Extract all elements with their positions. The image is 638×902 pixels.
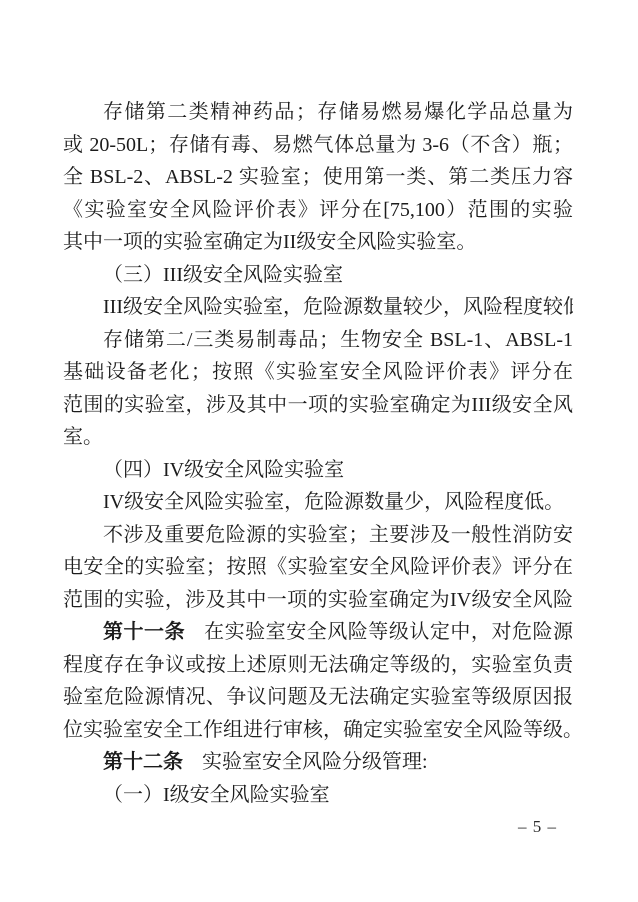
- doc-line-16: 范围的实验，涉及其中一项的实验室确定为IV级安全风险实验室。: [63, 584, 573, 617]
- doc-line-text: 实验室安全风险分级管理:: [202, 751, 428, 773]
- doc-article-11: 第十一条在实验室安全风险等级认定中，对危险源和危险: [63, 616, 573, 649]
- doc-line-5: 其中一项的实验室确定为II级安全风险实验室。: [63, 226, 573, 259]
- doc-line-text: 范围的实验室，涉及其中一项的实验室确定为III级安全风险实验: [63, 394, 573, 422]
- doc-line-1: 存储第二类精神药品；存储易燃易爆化学品总量为 20-50kg: [63, 96, 573, 129]
- doc-line-text: 存储第二类精神药品；存储易燃易爆化学品总量为 20-50kg: [103, 101, 573, 129]
- doc-line-15: 电安全的实验室；按照《实验室安全风险评价表》评分在[0,25）: [63, 551, 573, 584]
- doc-article-12: 第十二条实验室安全风险分级管理:: [63, 746, 573, 779]
- doc-line-18: 程度存在争议或按上述原则无法确定等级的，实验室负责人将实: [63, 649, 573, 682]
- doc-line-9: 基础设备老化；按照《实验室安全风险评价表》评分在[25,75）: [63, 356, 573, 389]
- doc-line-text: 基础设备老化；按照《实验室安全风险评价表》评分在[25,75）: [63, 361, 573, 389]
- doc-line-text: 室。: [63, 426, 103, 448]
- document-body: 存储第二类精神药品；存储易燃易爆化学品总量为 20-50kg 或 20-50L；…: [63, 96, 573, 811]
- doc-line-text: 《实验室安全风险评价表》评分在[75,100）范围的实验室，涉及: [63, 199, 573, 227]
- doc-line-2: 或 20-50L；存储有毒、易燃气体总量为 3-6（不含）瓶；生物安: [63, 129, 573, 162]
- doc-line-text: （三）III级安全风险实验室: [103, 264, 343, 286]
- doc-line-text: III级安全风险实验室，危险源数量较少，风险程度较低。: [103, 296, 573, 318]
- doc-heading-section-4: （四）IV级安全风险实验室: [63, 454, 573, 487]
- doc-line-text: 电安全的实验室；按照《实验室安全风险评价表》评分在[0,25）: [63, 556, 573, 584]
- doc-line-text: 范围的实验，涉及其中一项的实验室确定为IV级安全风险实验室。: [63, 589, 573, 617]
- page-footer: – 5 –: [518, 817, 578, 837]
- doc-line-text: 其中一项的实验室确定为II级安全风险实验室。: [63, 231, 476, 253]
- doc-line-text: 程度存在争议或按上述原则无法确定等级的，实验室负责人将实: [63, 654, 573, 682]
- doc-heading-section-3: （三）III级安全风险实验室: [63, 259, 573, 292]
- doc-line-20: 位实验室安全工作组进行审核，确定实验室安全风险等级。: [63, 714, 573, 747]
- doc-line-7: III级安全风险实验室，危险源数量较少，风险程度较低。: [63, 291, 573, 324]
- scanned-document-page: 存储第二类精神药品；存储易燃易爆化学品总量为 20-50kg 或 20-50L；…: [0, 0, 638, 902]
- doc-line-11: 室。: [63, 421, 573, 454]
- doc-line-text: 全 BSL-2、ABSL-2 实验室；使用第一类、第二类压力容器；按照: [63, 166, 573, 194]
- doc-heading-section-1: （一）I级安全风险实验室: [63, 779, 573, 812]
- doc-line-text: 不涉及重要危险源的实验室；主要涉及一般性消防安全、用: [103, 524, 573, 552]
- doc-line-text: （一）I级安全风险实验室: [103, 784, 330, 806]
- doc-line-text: 位实验室安全工作组进行审核，确定实验室安全风险等级。: [63, 719, 573, 741]
- doc-line-4: 《实验室安全风险评价表》评分在[75,100）范围的实验室，涉及: [63, 194, 573, 227]
- page-number: – 5 –: [518, 817, 557, 836]
- doc-line-10: 范围的实验室，涉及其中一项的实验室确定为III级安全风险实验: [63, 389, 573, 422]
- doc-line-14: 不涉及重要危险源的实验室；主要涉及一般性消防安全、用: [63, 519, 573, 552]
- article-12-number: 第十二条: [103, 751, 183, 773]
- doc-line-text: 验室危险源情况、争议问题及无法确定实验室等级原因报所在单: [63, 686, 573, 714]
- doc-line-8: 存储第二/三类易制毒品；生物安全 BSL-1、ABSL-1 实验室；: [63, 324, 573, 357]
- doc-line-text: 或 20-50L；存储有毒、易燃气体总量为 3-6（不含）瓶；生物安: [63, 134, 573, 162]
- doc-line-text: 存储第二/三类易制毒品；生物安全 BSL-1、ABSL-1 实验室；: [103, 329, 573, 357]
- doc-line-3: 全 BSL-2、ABSL-2 实验室；使用第一类、第二类压力容器；按照: [63, 161, 573, 194]
- doc-line-19: 验室危险源情况、争议问题及无法确定实验室等级原因报所在单: [63, 681, 573, 714]
- article-11-number: 第十一条: [103, 621, 185, 643]
- doc-line-13: IV级安全风险实验室，危险源数量少，风险程度低。: [63, 486, 573, 519]
- doc-line-text: IV级安全风险实验室，危险源数量少，风险程度低。: [103, 491, 564, 513]
- doc-line-text: （四）IV级安全风险实验室: [103, 459, 344, 481]
